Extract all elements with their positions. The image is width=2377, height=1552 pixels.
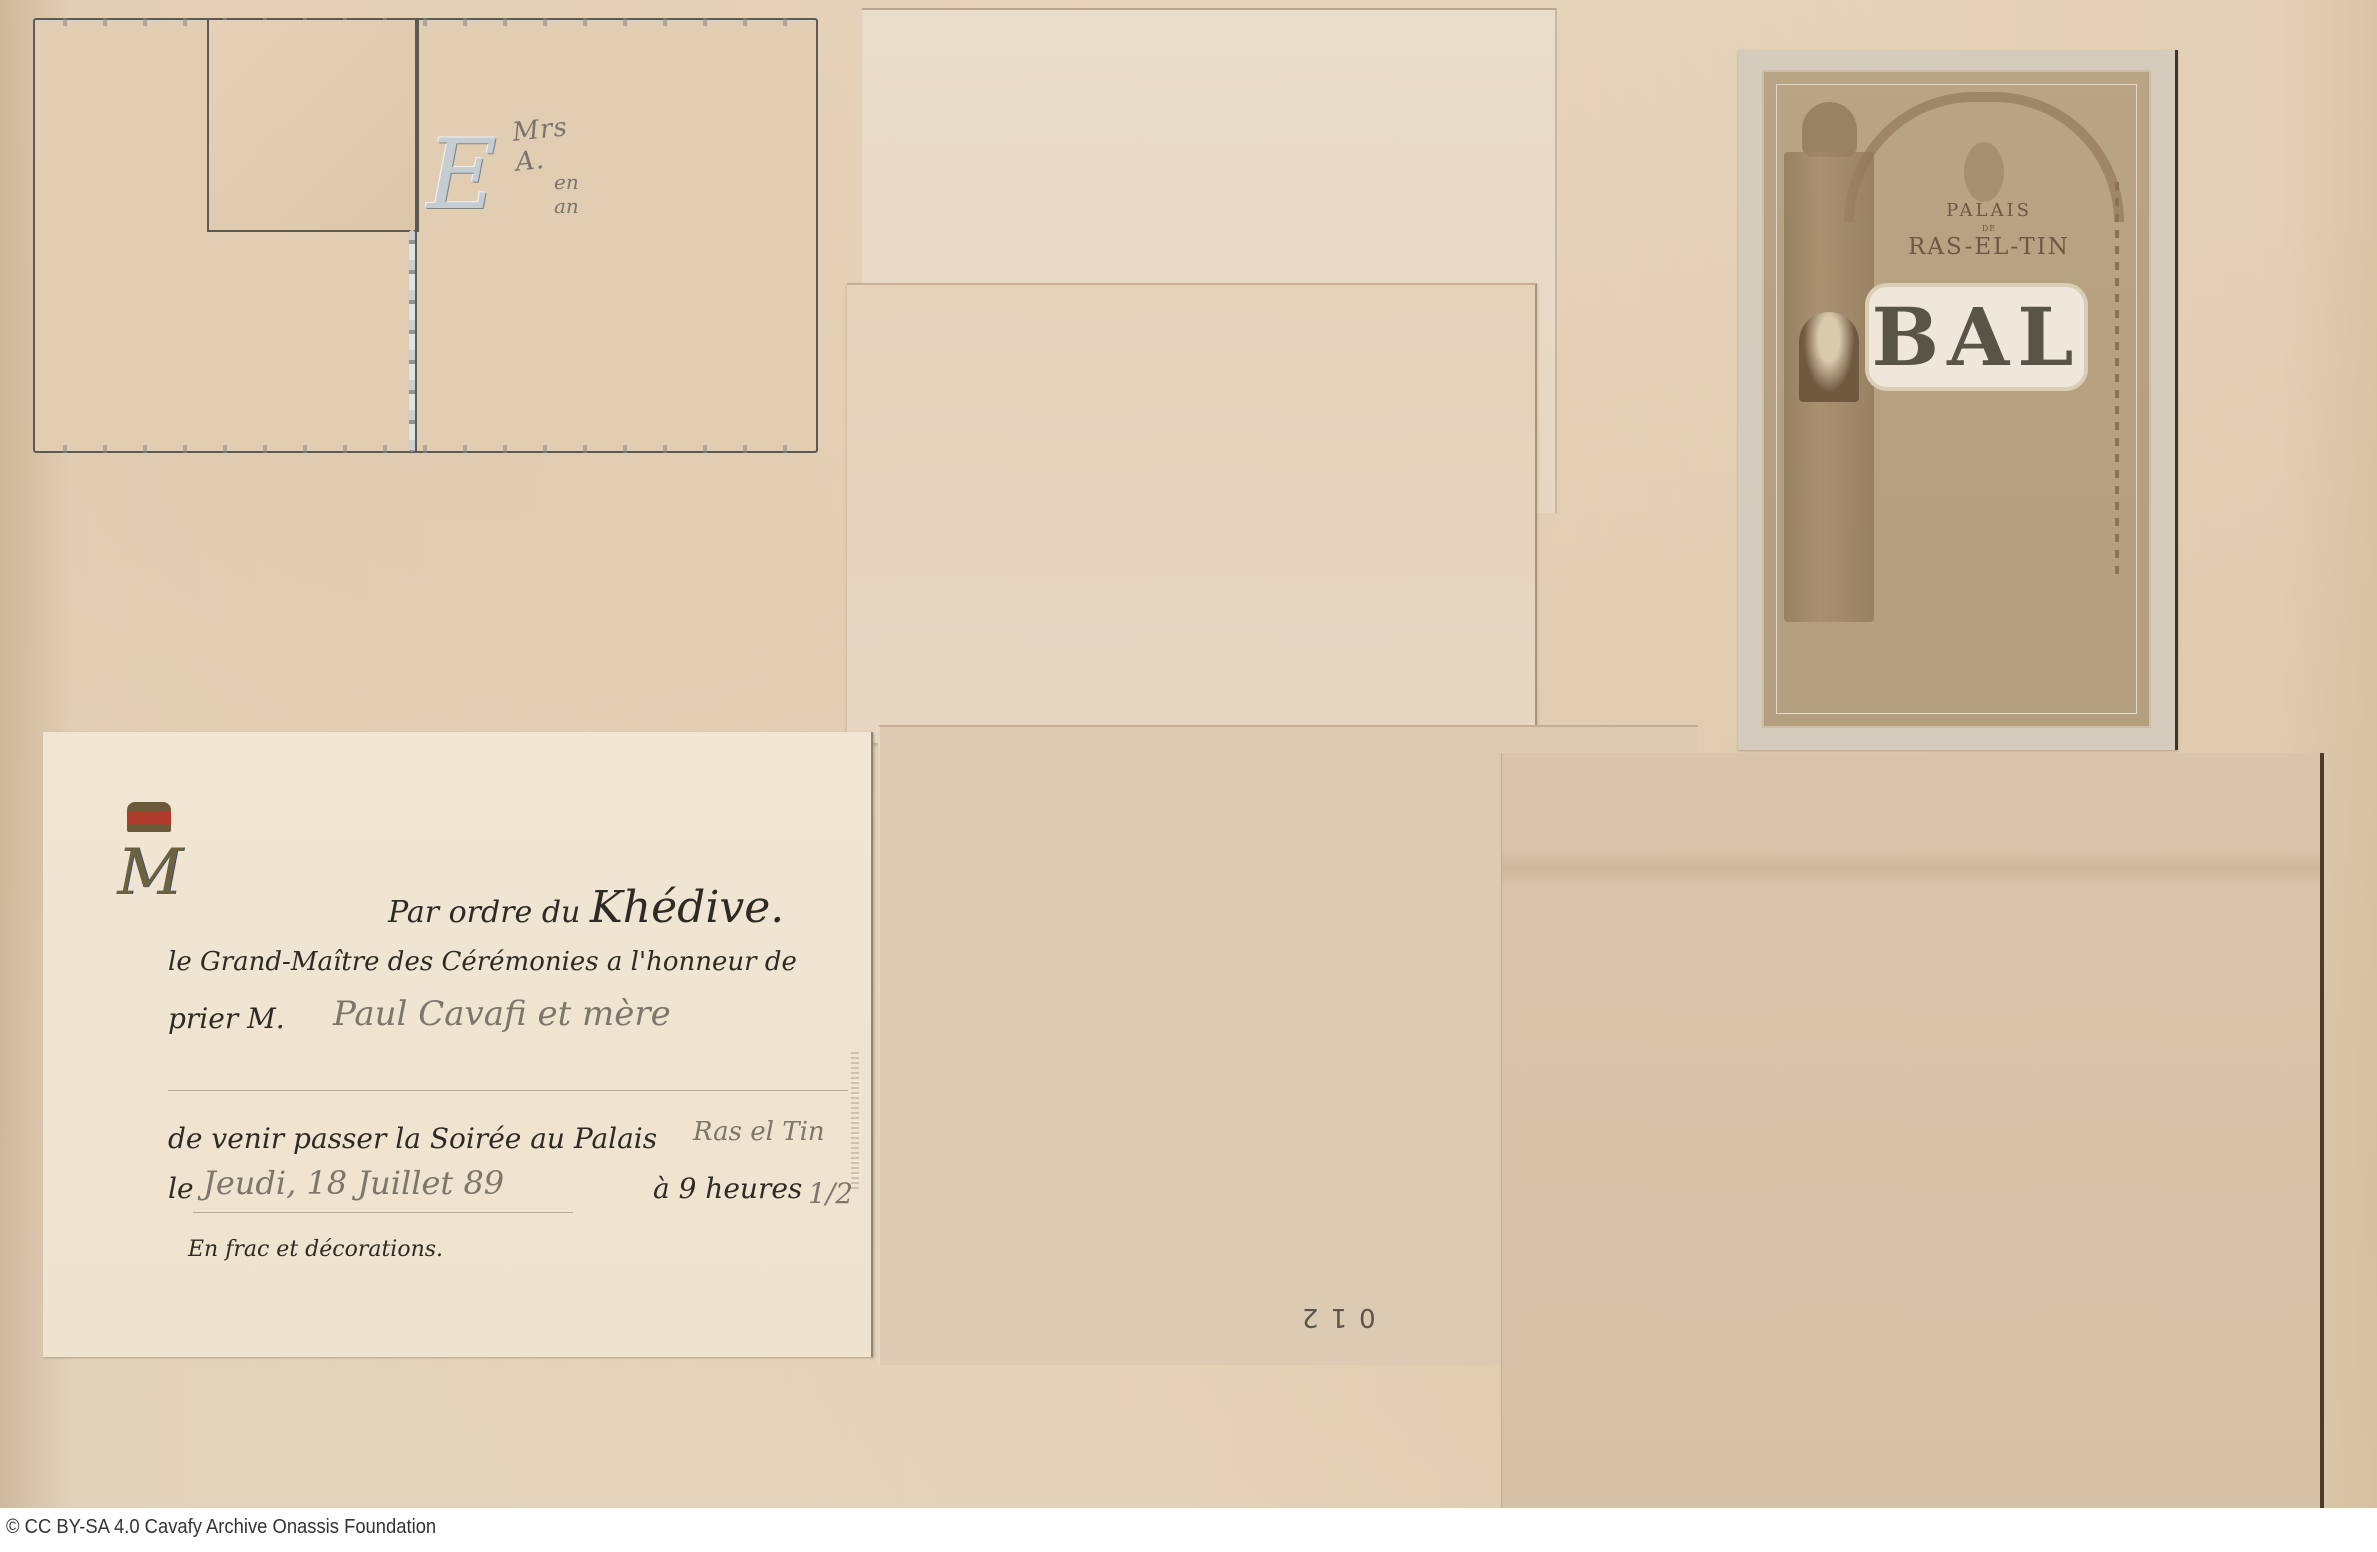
folded-blank-paper: [847, 283, 1537, 743]
fold-stain: [1502, 848, 2320, 888]
bal-palais-label: PALAIS: [1879, 200, 2099, 221]
invitation-line-3: prier M.: [168, 1002, 285, 1035]
urn-ornament-icon: [1802, 102, 1857, 157]
portrait-medallion-icon: [1799, 312, 1859, 402]
cherub-ornament-icon: [1964, 142, 2004, 202]
invitation-time-half: 1/2: [808, 1177, 853, 1210]
invitation-guest-name: Paul Cavafi et mère: [333, 994, 671, 1034]
silver-chain-ornament-icon: [409, 230, 415, 452]
album-page: E Mrs A. en an PALAIS DE RAS-EL-TIN BAL: [0, 0, 2377, 1508]
pencil-note: 012: [1290, 1302, 1376, 1332]
printer-imprint: [851, 1052, 859, 1192]
blank-sheet-right-bottom: [1502, 753, 2324, 1508]
invitation-blank-rule: [168, 1090, 848, 1091]
invitation-par-ordre: Par ordre du: [388, 895, 580, 930]
invitation-prier: prier M.: [168, 1002, 285, 1035]
bal-title: BAL: [1869, 287, 2084, 387]
copyright-credit: © CC BY-SA 4.0 Cavafy Archive Onassis Fo…: [6, 1516, 436, 1539]
invitation-line-2: le Grand-Maître des Cérémonies a l'honne…: [168, 947, 797, 977]
scalloped-edge-bottom: [35, 445, 816, 453]
invitation-le: le: [168, 1172, 194, 1205]
invitation-line-1: Par ordre du Khédive.: [388, 882, 784, 933]
bal-title-plate: BAL: [1869, 287, 2084, 387]
place-card-script-fragment: en an: [554, 170, 579, 218]
bal-printed-cover: PALAIS DE RAS-EL-TIN BAL: [1762, 70, 2151, 728]
invitation-dress-code: En frac et décorations.: [188, 1237, 443, 1262]
crown-icon: [127, 802, 171, 832]
scalloped-edge-top: [35, 18, 816, 26]
khedive-invitation-card: M Par ordre du Khédive. le Grand-Maître …: [43, 732, 873, 1357]
place-card-fold-line: [415, 20, 417, 451]
invitation-palace-name: Ras el Tin: [693, 1117, 825, 1147]
vine-ornament-icon: [2115, 182, 2119, 582]
invitation-date: Jeudi, 18 Juillet 89: [203, 1164, 504, 1202]
royal-crest-icon: M: [115, 802, 185, 912]
invitation-khedive: Khédive.: [590, 882, 784, 933]
bal-program-card: PALAIS DE RAS-EL-TIN BAL: [1738, 50, 2178, 750]
invitation-time: à 9 heures: [653, 1172, 802, 1205]
place-card-name-script: Mrs A.: [511, 112, 572, 177]
invitation-line-4: de venir passer la Soirée au Palais: [168, 1122, 657, 1155]
bal-de-label: DE: [1879, 224, 2099, 233]
place-card-flap: E Mrs A. en an: [207, 20, 419, 232]
invitation-date-rule: [193, 1212, 573, 1213]
bal-location-label: RAS-EL-TIN: [1864, 234, 2114, 260]
silver-monogram-icon: E: [407, 125, 517, 225]
die-cut-place-card: E Mrs A. en an: [33, 18, 818, 453]
crest-cipher: M: [115, 834, 185, 912]
